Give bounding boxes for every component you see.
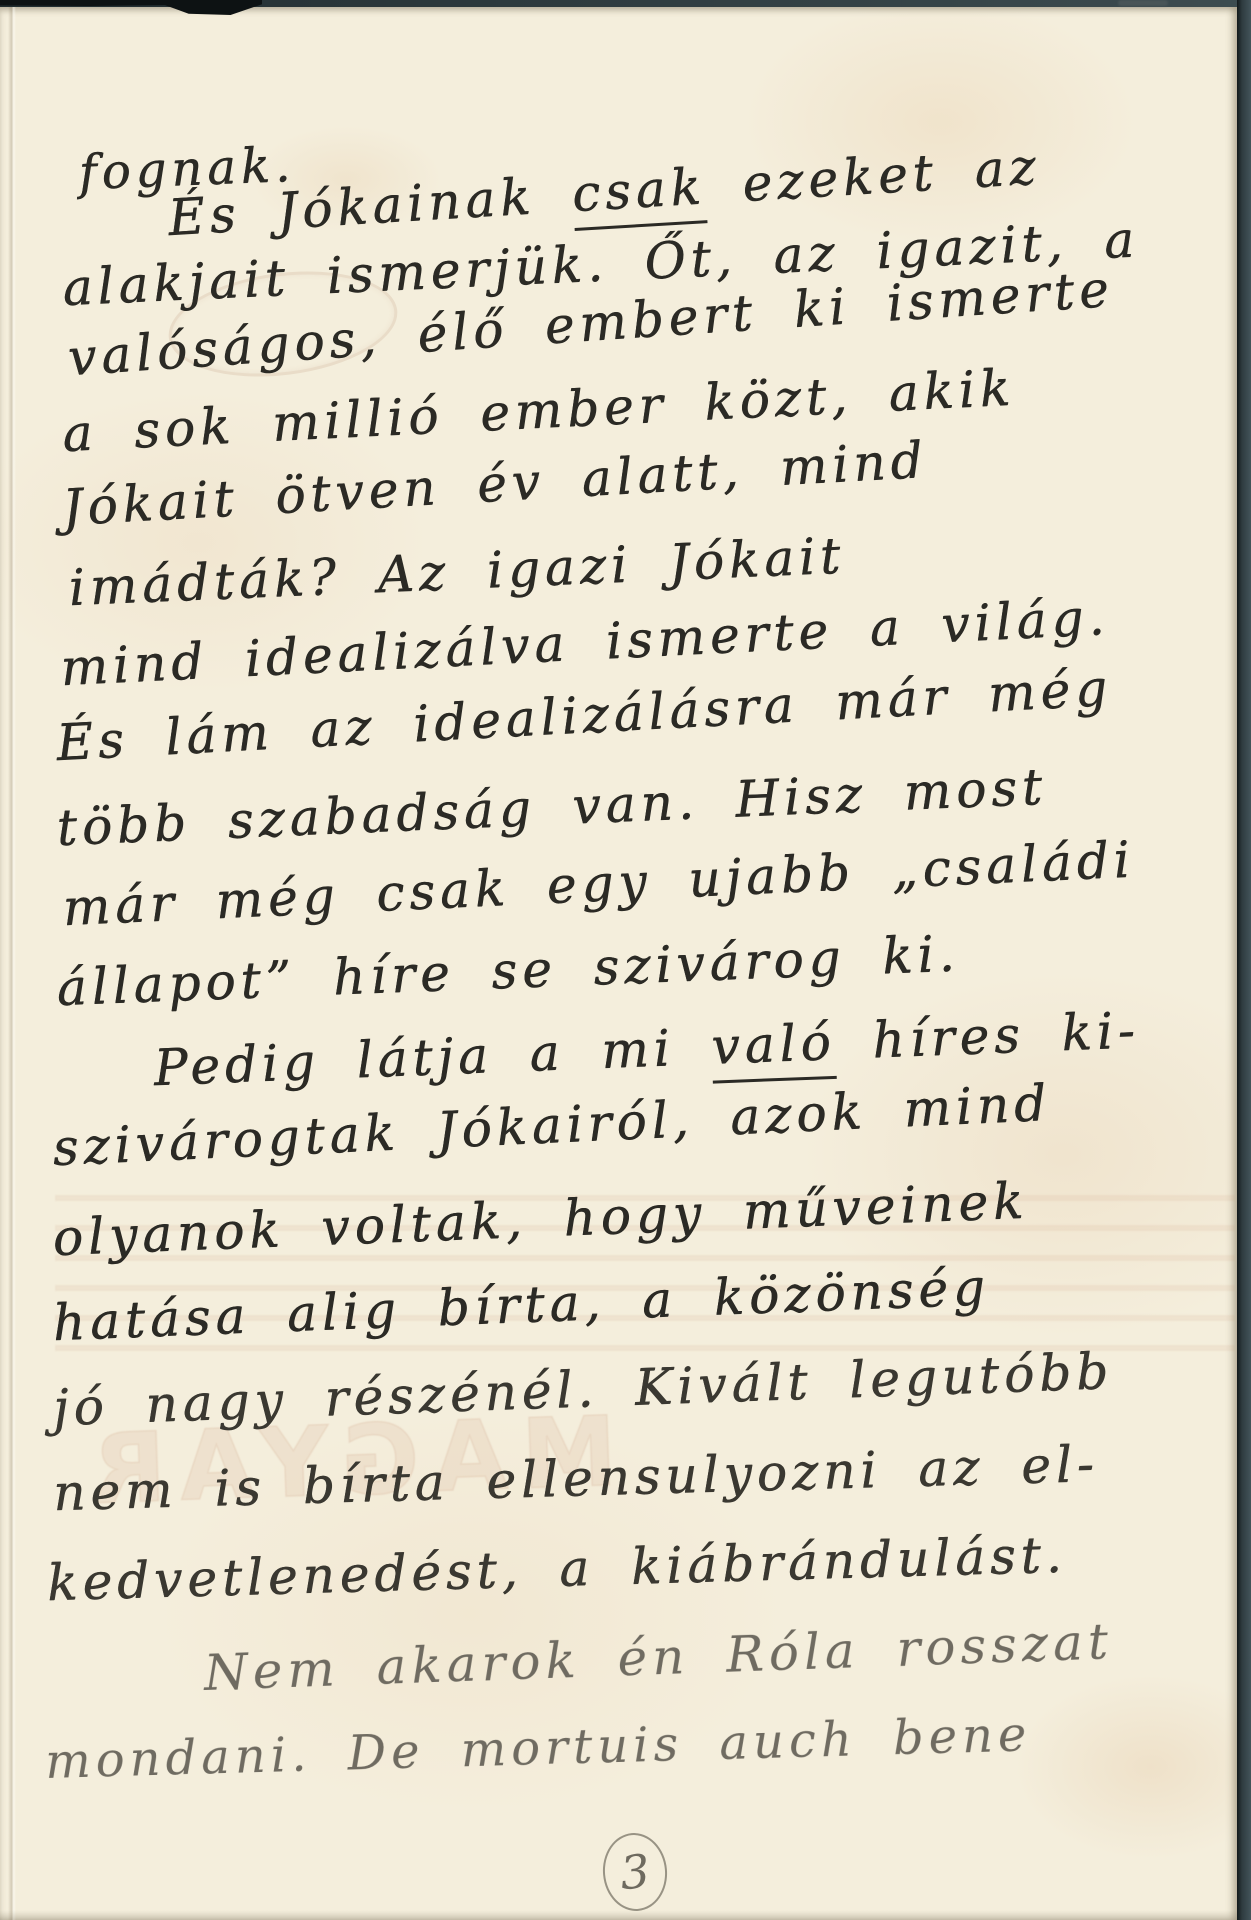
underlined-word: csak xyxy=(570,157,707,231)
scanned-manuscript-page: { "page": { "number": "3", "watermark_te… xyxy=(0,0,1251,1920)
bottom-edge-shade xyxy=(0,1910,1237,1920)
handwritten-line: imádták? Az igazi Jókait xyxy=(68,527,847,617)
top-edge-smudge xyxy=(1118,0,1168,6)
handwritten-line: Nem akarok én Róla rosszat xyxy=(203,1612,1114,1702)
right-scan-gutter xyxy=(1237,0,1251,1920)
underlined-word: való xyxy=(710,1013,837,1084)
handwritten-line: mondani. De mortuis auch bene xyxy=(44,1706,1032,1790)
manuscript-paper: MAGYAR fognak.És Jókainak csak ezeket az… xyxy=(0,7,1237,1920)
page-number-circle: 3 xyxy=(600,1830,671,1913)
handwritten-line: kedvetlenedést, a kiábrándulást. xyxy=(46,1526,1067,1612)
handwritten-line: állapot” híre se szivárog ki. xyxy=(56,924,961,1017)
paper-edge-crease xyxy=(8,7,16,1920)
page-number: 3 xyxy=(618,1844,652,1900)
